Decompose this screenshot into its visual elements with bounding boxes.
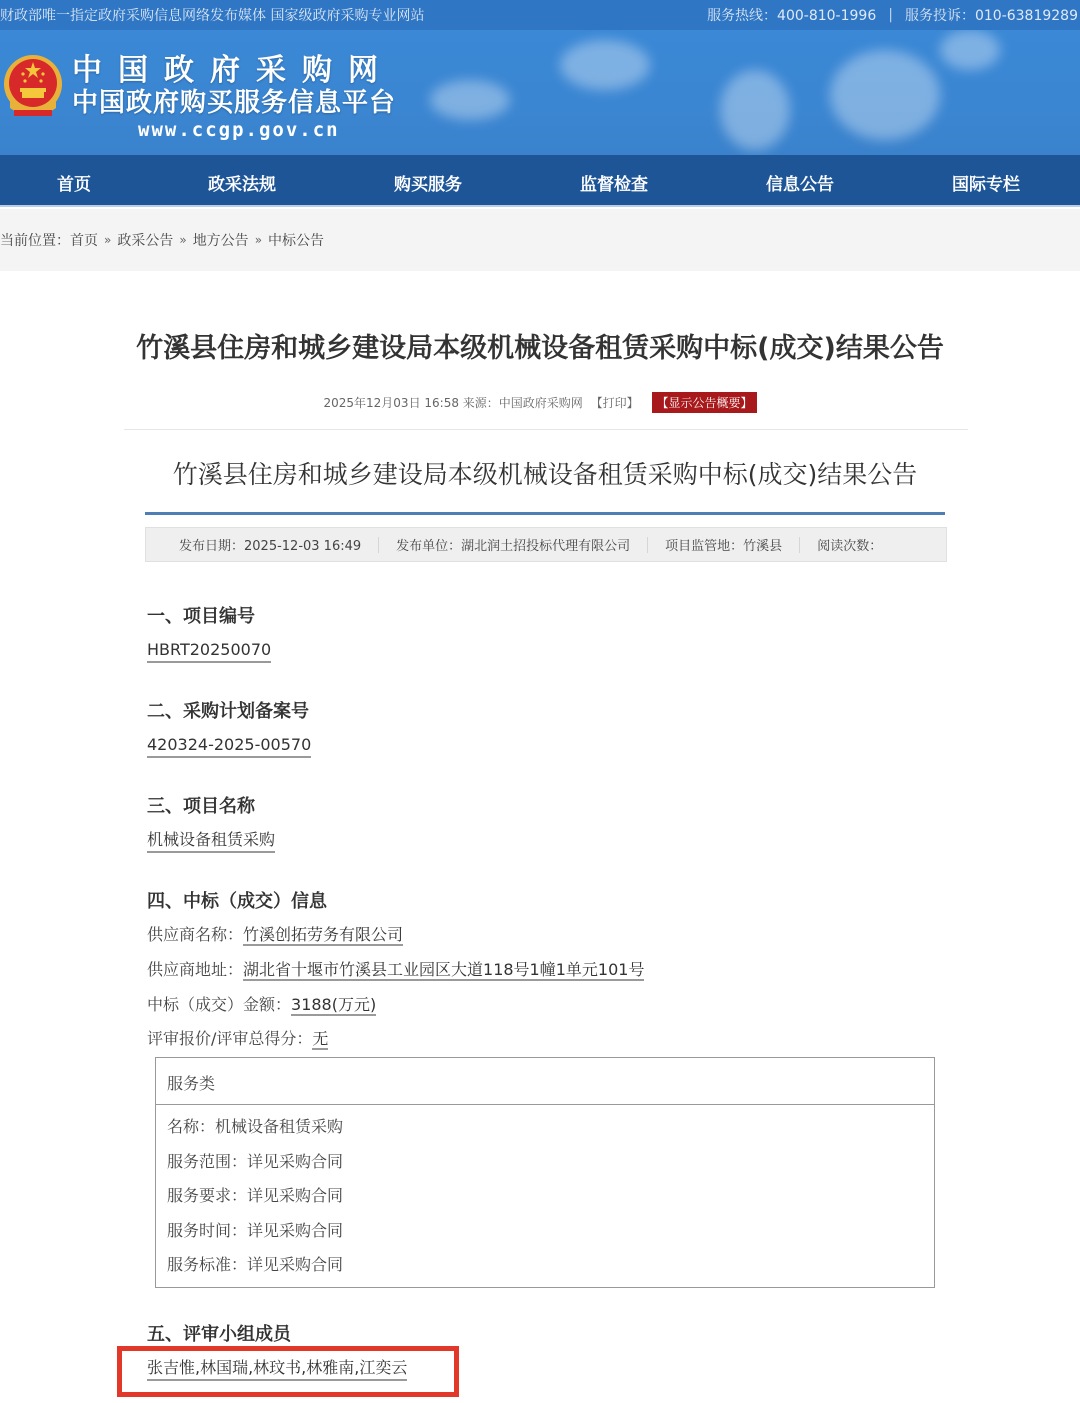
logo-url: www.ccgp.gov.cn xyxy=(138,118,396,142)
table-header: 服务类 xyxy=(156,1058,934,1105)
site-logo[interactable]: 中国政府采购网 中国政府购买服务信息平台 www.ccgp.gov.cn xyxy=(72,54,396,142)
section-heading-review-panel: 五、评审小组成员 xyxy=(147,1320,291,1346)
nav-item-international[interactable]: 国际专栏 xyxy=(952,170,1020,195)
table-row: 服务时间：详见采购合同 xyxy=(156,1220,934,1255)
review-score-row: 评审报价/评审总得分：无 xyxy=(147,1028,328,1050)
supplier-address-row: 供应商地址：湖北省十堰市竹溪县工业园区大道118号1幢1单元101号 xyxy=(147,959,644,981)
contact-info: 服务热线：400-810-1996 | 服务投诉：010-63819289 xyxy=(707,5,1080,25)
nav-item-purchase-services[interactable]: 购买服务 xyxy=(394,170,462,195)
breadcrumb-separator: » xyxy=(104,233,111,247)
section-heading-project-number: 一、项目编号 xyxy=(147,602,255,628)
section-heading-project-name: 三、项目名称 xyxy=(147,792,255,818)
service-hotline: 服务热线：400-810-1996 xyxy=(707,5,876,25)
info-publisher: 发布单位：湖北润土招投标代理有限公司 xyxy=(396,535,630,554)
table-body: 名称：机械设备租赁采购 服务范围：详见采购合同 服务要求：详见采购合同 服务时间… xyxy=(156,1105,934,1289)
breadcrumb: 当前位置： 首页 » 政采公告 » 地方公告 » 中标公告 xyxy=(0,209,1080,271)
highlight-annotation xyxy=(117,1346,459,1397)
cloud-decoration xyxy=(830,50,940,140)
divider xyxy=(145,512,945,515)
notice-subtitle: 竹溪县住房和城乡建设局本级机械设备租赁采购中标(成交)结果公告 xyxy=(0,455,1080,491)
breadcrumb-prefix: 当前位置： xyxy=(0,230,70,250)
supplier-name-value: 竹溪创拓劳务有限公司 xyxy=(243,925,403,946)
national-emblem-icon xyxy=(2,52,64,124)
divider xyxy=(799,537,800,553)
complaint-hotline: 服务投诉：010-63819289 xyxy=(905,5,1078,25)
cloud-decoration xyxy=(560,40,650,90)
main-nav: 首页 政采法规 购买服务 监督检查 信息公告 国际专栏 xyxy=(0,155,1080,207)
review-score-label: 评审报价/评审总得分： xyxy=(147,1029,312,1048)
award-amount-label: 中标（成交）金额： xyxy=(147,995,291,1014)
breadcrumb-award-notices[interactable]: 中标公告 xyxy=(268,230,324,250)
print-link[interactable]: 【打印】 xyxy=(591,396,639,410)
nav-item-home[interactable]: 首页 xyxy=(57,170,91,195)
cloud-decoration xyxy=(720,70,790,150)
project-number-value: HBRT20250070 xyxy=(147,639,271,663)
info-publish-date: 发布日期：2025-12-03 16:49 xyxy=(179,535,361,554)
table-row: 服务标准：详见采购合同 xyxy=(156,1254,934,1289)
logo-title: 中国政府采购网 xyxy=(72,54,396,88)
supplier-address-label: 供应商地址： xyxy=(147,960,243,979)
publish-datetime: 2025年12月03日 16:58 xyxy=(323,396,458,410)
nav-item-announcements[interactable]: 信息公告 xyxy=(766,170,834,195)
logo-subtitle: 中国政府购买服务信息平台 xyxy=(72,88,396,118)
cloud-decoration xyxy=(940,30,1000,70)
notice-info-bar: 发布日期：2025-12-03 16:49 发布单位：湖北润土招投标代理有限公司… xyxy=(145,527,947,562)
award-amount-row: 中标（成交）金额：3188(万元) xyxy=(147,994,376,1016)
supplier-name-row: 供应商名称：竹溪创拓劳务有限公司 xyxy=(147,924,403,946)
show-summary-button[interactable]: 【显示公告概要】 xyxy=(652,392,756,413)
review-score-value: 无 xyxy=(312,1029,328,1050)
breadcrumb-separator: » xyxy=(179,233,186,247)
award-amount-value: 3188(万元) xyxy=(291,995,376,1016)
breadcrumb-separator: » xyxy=(255,233,262,247)
divider xyxy=(124,429,968,430)
service-details-table: 服务类 名称：机械设备租赁采购 服务范围：详见采购合同 服务要求：详见采购合同 … xyxy=(155,1057,935,1288)
table-row: 服务范围：详见采购合同 xyxy=(156,1151,934,1186)
table-row: 名称：机械设备租赁采购 xyxy=(156,1116,934,1151)
project-name-value: 机械设备租赁采购 xyxy=(147,829,275,853)
page-title: 竹溪县住房和城乡建设局本级机械设备租赁采购中标(成交)结果公告 xyxy=(0,326,1080,365)
breadcrumb-home[interactable]: 首页 xyxy=(70,230,98,250)
breadcrumb-procurement-notices[interactable]: 政采公告 xyxy=(117,230,173,250)
site-banner: 中国政府采购网 中国政府购买服务信息平台 www.ccgp.gov.cn xyxy=(0,30,1080,155)
nav-item-regulations[interactable]: 政采法规 xyxy=(208,170,276,195)
plan-number-value: 420324-2025-00570 xyxy=(147,734,311,758)
section-heading-award-info: 四、中标（成交）信息 xyxy=(147,887,327,913)
table-row: 服务要求：详见采购合同 xyxy=(156,1185,934,1220)
cloud-decoration xyxy=(430,80,510,120)
site-tagline: 财政部唯一指定政府采购信息网络发布媒体 国家级政府采购专业网站 xyxy=(0,5,424,25)
info-supervision-location: 项目监管地：竹溪县 xyxy=(665,535,782,554)
article-source: 来源：中国政府采购网 xyxy=(463,396,583,410)
supplier-address-value: 湖北省十堰市竹溪县工业园区大道118号1幢1单元101号 xyxy=(243,960,644,981)
nav-item-supervision[interactable]: 监督检查 xyxy=(580,170,648,195)
section-heading-plan-number: 二、采购计划备案号 xyxy=(147,697,309,723)
breadcrumb-local-notices[interactable]: 地方公告 xyxy=(193,230,249,250)
divider xyxy=(647,537,648,553)
article-meta: 2025年12月03日 16:58 来源：中国政府采购网 【打印】 【显示公告概… xyxy=(0,392,1080,413)
info-read-count: 阅读次数： xyxy=(817,535,882,554)
supplier-name-label: 供应商名称： xyxy=(147,925,243,944)
top-info-bar: 财政部唯一指定政府采购信息网络发布媒体 国家级政府采购专业网站 服务热线：400… xyxy=(0,0,1080,30)
divider xyxy=(378,537,379,553)
separator: | xyxy=(888,7,893,23)
